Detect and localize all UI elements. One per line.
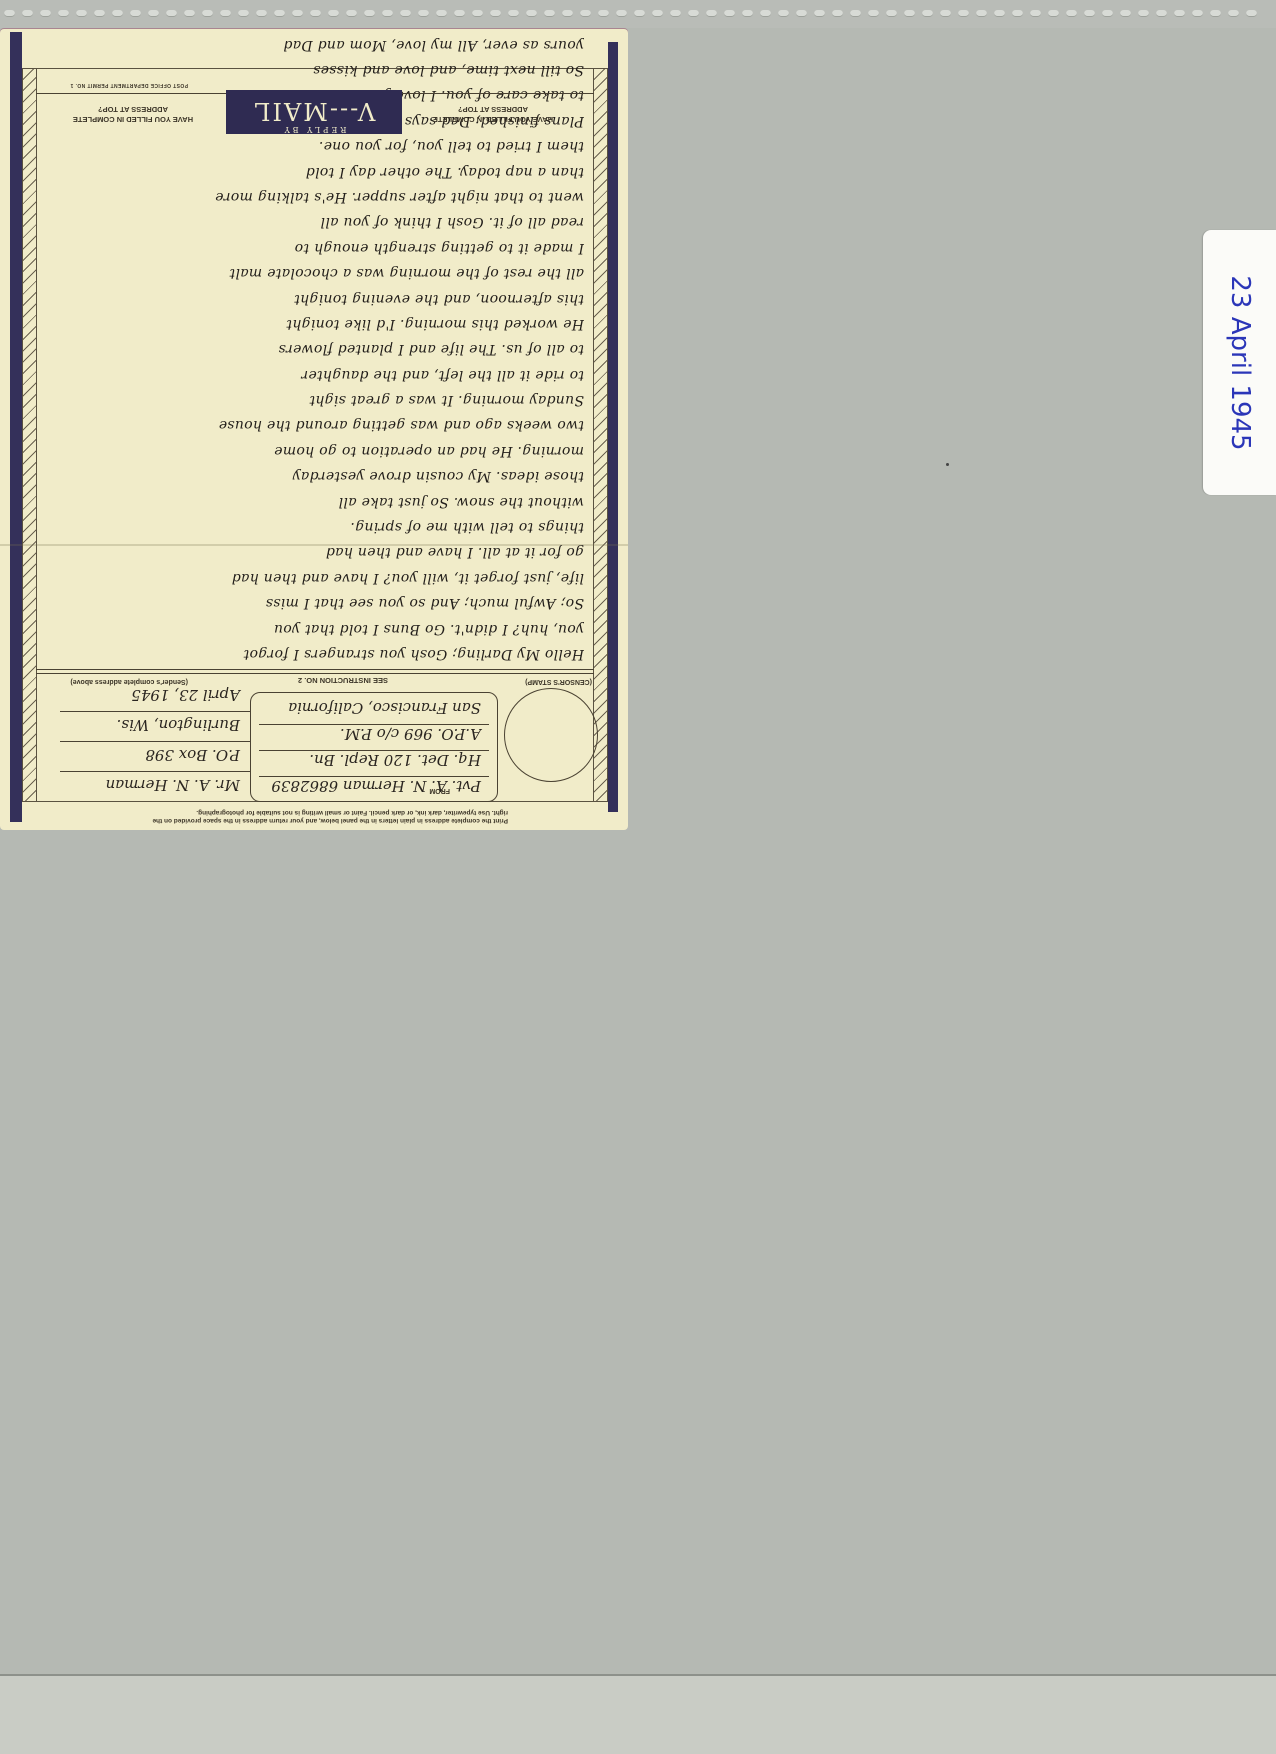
perforation (598, 10, 609, 17)
perforation (904, 10, 915, 17)
vmail-title: V---MAIL (226, 97, 402, 125)
from-address-line: Burlington, Wis. (117, 716, 240, 734)
perforation (382, 10, 393, 17)
perforation (274, 10, 285, 17)
perforation (346, 10, 357, 17)
address-rule (60, 771, 250, 772)
perforation (868, 10, 879, 17)
perforation (202, 10, 213, 17)
perforation (148, 10, 159, 17)
perforation (472, 10, 483, 17)
perforation (562, 10, 573, 17)
handwritten-line: you, huh? I didn't. Go Buns I told that … (46, 611, 584, 636)
perforation (130, 10, 141, 17)
perforation (490, 10, 501, 17)
perforation (1246, 10, 1257, 17)
vmail-logo: REPLY BY V---MAIL (226, 90, 402, 134)
censor-stamp-circle (504, 688, 598, 782)
perforation (1030, 10, 1041, 17)
perforation (760, 10, 771, 17)
perforation (1048, 10, 1059, 17)
dust-speck (946, 463, 949, 466)
perforation (724, 10, 735, 17)
perforation (544, 10, 555, 17)
perforation (922, 10, 933, 17)
perforation (4, 10, 15, 17)
handwritten-line: to all of us. The life and I planted flo… (46, 332, 584, 357)
perforation (328, 10, 339, 17)
perforation (94, 10, 105, 17)
perforation (220, 10, 231, 17)
from-address-line: P.O. Box 398 (145, 746, 240, 764)
handwritten-line: go for it at all. I have and then had (46, 535, 584, 560)
handwritten-line: to ride it all the left, and the daughte… (46, 357, 584, 382)
perforation (742, 10, 753, 17)
from-date: April 23, 1945 (131, 686, 240, 704)
handwritten-line: He worked this morning. I'd like tonight (46, 307, 584, 332)
to-address-box: Pvt. A. N. Herman 6862839 Hq. Det. 120 R… (250, 692, 498, 802)
to-address-line: Pvt. A. N. Herman 6862839 (271, 777, 481, 795)
permit-text: POST OFFICE DEPARTMENT PERMIT NO. 1 (70, 82, 188, 88)
perforation (184, 10, 195, 17)
censor-stamp-label: (CENSOR'S STAMP) (525, 678, 592, 685)
perforation (1174, 10, 1185, 17)
perforation (886, 10, 897, 17)
handwritten-line: Hello My Darling; Gosh you strangers I f… (46, 637, 584, 662)
perforation (652, 10, 663, 17)
vmail-letter-sheet: Print the complete address in plain lett… (0, 29, 628, 830)
perforation (1102, 10, 1113, 17)
handwritten-line: I made it to getting strength enough to (46, 230, 584, 255)
perforation (76, 10, 87, 17)
perforation (1120, 10, 1131, 17)
perforation (1012, 10, 1023, 17)
perforation (1210, 10, 1221, 17)
address-rule (60, 711, 250, 712)
perforation (958, 10, 969, 17)
handwritten-line: those ideas. My cousin drove yesterday (46, 459, 584, 484)
handwritten-line: yours as ever, All my love, Mom and Dad (46, 27, 584, 52)
perforation (616, 10, 627, 17)
handwritten-date: 23 April 1945 (1225, 275, 1255, 450)
perforation (580, 10, 591, 17)
perforation (634, 10, 645, 17)
handwritten-line: So; Awful much; And so you see that I mi… (46, 586, 584, 611)
perforation (400, 10, 411, 17)
perforation (526, 10, 537, 17)
handwritten-line: this afternoon, and the evening tonight (46, 281, 584, 306)
sender-address-note: (Sender's complete address above) (70, 678, 188, 685)
perforation (1084, 10, 1095, 17)
see-instruction-label: SEE INSTRUCTION NO. 2 (298, 676, 388, 685)
perforation (292, 10, 303, 17)
perforation (40, 10, 51, 17)
handwritten-line: Sunday morning. It was a great sight (46, 383, 584, 408)
perforation (1228, 10, 1239, 17)
perforation (994, 10, 1005, 17)
perforation (976, 10, 987, 17)
handwritten-line: without the snow. So just take all (46, 484, 584, 509)
navy-edge-bar (608, 42, 618, 812)
perforation (814, 10, 825, 17)
perforation (22, 10, 33, 17)
address-rule (60, 741, 250, 742)
handwritten-line: two weeks ago and was getting around the… (46, 408, 584, 433)
perforation (310, 10, 321, 17)
address-reminder-right: HAVE YOU FILLED IN COMPLETE ADDRESS AT T… (58, 104, 208, 124)
perforation (436, 10, 447, 17)
handwritten-line: all the rest of the morning was a chocol… (46, 256, 584, 281)
perforation-row (0, 10, 1276, 18)
perforation (1138, 10, 1149, 17)
to-address-line: A.P.O. 969 c/o P.M. (340, 725, 481, 743)
perforation (256, 10, 267, 17)
perforation (778, 10, 789, 17)
address-reminder-left: HAVE YOU FILLED IN COMPLETE ADDRESS AT T… (418, 104, 568, 124)
navy-edge-bar (10, 32, 22, 822)
perforation (670, 10, 681, 17)
print-instructions: Print the complete address in plain lett… (148, 808, 508, 824)
perforation (418, 10, 429, 17)
to-address-line: San Francisco, California (288, 699, 481, 717)
section-divider (36, 669, 594, 674)
vmail-subtitle: REPLY BY (226, 125, 402, 134)
date-note-card: 23 April 1945 (1203, 230, 1276, 495)
handwritten-line: went to that night after supper. He's ta… (46, 180, 584, 205)
handwritten-line: than a nap today. The other day I told (46, 154, 584, 179)
perforation (1156, 10, 1167, 17)
perforation (364, 10, 375, 17)
perforation (1192, 10, 1203, 17)
handwritten-line: life, just forget it, will you? I have a… (46, 560, 584, 585)
perforation (238, 10, 249, 17)
perforation (454, 10, 465, 17)
scanner-bed-edge (0, 1674, 1276, 1754)
hatched-border (22, 68, 37, 802)
perforation (58, 10, 69, 17)
scanner-edge (0, 0, 1276, 28)
perforation (688, 10, 699, 17)
perforation (832, 10, 843, 17)
perforation (166, 10, 177, 17)
from-address-block: Mr. A. N. Herman P.O. Box 398 Burlington… (60, 672, 250, 802)
perforation (112, 10, 123, 17)
perforation (850, 10, 861, 17)
handwritten-line: things to tell with me of spring. (46, 510, 584, 535)
perforation (1066, 10, 1077, 17)
to-address-line: Hq. Det. 120 Repl. Bn. (309, 751, 481, 769)
handwritten-line: morning. He had an operation to go home (46, 433, 584, 458)
handwritten-line: read all of it. Gosh I think of you all (46, 205, 584, 230)
perforation (508, 10, 519, 17)
from-address-line: Mr. A. N. Herman (106, 776, 240, 794)
perforation (706, 10, 717, 17)
hatched-border (593, 68, 608, 802)
perforation (940, 10, 951, 17)
perforation (796, 10, 807, 17)
